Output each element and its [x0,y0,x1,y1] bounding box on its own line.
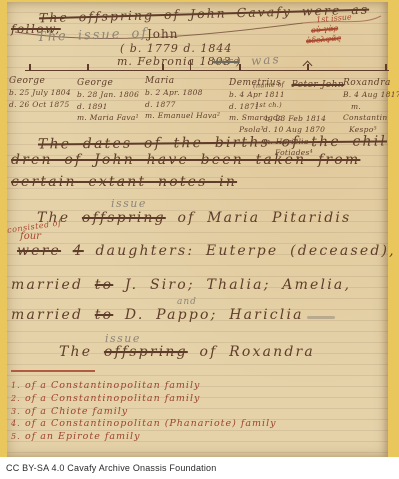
roxandra-sentence-pre: The [59,344,92,360]
footnote-number: 4. [11,419,25,428]
child-name: George [77,78,145,88]
married-line-1: married to J. Siro; Thalia; Amelia, [11,278,351,292]
child-detail: d. 10 Aug 1870 [263,125,349,134]
footnote-number: 2. [11,394,25,403]
tree-child-george2: George b. 28 Jan. 1806 d. 1891 m. Maria … [77,78,145,125]
footnote-1: 1.of a Constantinopolitan family [11,380,200,391]
tree-tick [87,64,89,71]
manuscript-scan: The offspring of John Cavafy were as fol… [0,0,399,479]
footnote-text: of a Constantinopolitan family [25,393,200,404]
roxandra-sentence-post: of Roxandra [199,344,315,360]
maria-sentence-post: of Maria Pitaridis [177,210,351,226]
tree-tick [385,64,387,71]
maria-sentence: The offspring of Maria Pitaridis [37,211,351,225]
tree-line [25,70,389,71]
tree-vertical-connector [190,60,191,70]
footnote-rule [11,370,95,372]
child-detail: b. 2 Apr. 1808 [145,88,225,97]
tree-child-george1: George b. 25 July 1804 d. 26 Oct 1875 [9,76,77,111]
footnote-number: 5. [11,432,25,441]
married-rest: D. Pappo; [125,307,218,323]
issue-name: John [147,28,179,40]
child-detail: b. 23 Feb 1814 [265,114,349,123]
footnote-text: of an Epirote family [25,431,140,442]
married-rest: J. Siro; Thalia; Amelia, [125,277,351,293]
was-word: was [251,53,281,67]
tree-tick [29,64,31,71]
roxandra-offspring-struck: offspring [104,344,188,360]
struck-paragraph-line2: dren of John have been taken from [11,153,360,167]
child-detail: b. 25 July 1804 [9,88,77,97]
footnote-4: 4.of a Constantinopolitan (Phanariote) f… [11,418,276,429]
tree-tick [239,64,241,71]
hariclia-word: Hariclia [229,307,303,323]
attribution-bar: CC BY-SA 4.0 Cavafy Archive Onassis Foun… [0,457,399,479]
roxandra-sentence: The offspring of Roxandra [59,345,315,359]
struck-scribble: were [213,58,240,67]
tree-tick [162,64,164,71]
child-note-post: 1st ch.) [255,101,282,109]
struck-paragraph-line3: certain extant notes in [11,175,237,189]
to-struck: to [95,277,113,293]
child-detail: d. 1877 [145,100,225,109]
child-detail: d. 1891 [77,102,145,111]
caret-mark [303,61,313,71]
footnote-text: of a Constantinopolitan family [25,380,200,391]
struck-paragraph-line1: The dates of the births of the chil [38,134,387,151]
child-detail: Kespo⁵ [349,125,391,134]
married-word: married [11,307,83,323]
footnote-number: 3. [11,407,25,416]
child-name: Peter John [292,80,345,90]
child-name: Maria [145,76,225,86]
daughters-line: were 4 daughters: Euterpe (deceased), [17,244,396,258]
child-detail: m. [351,102,391,111]
child-detail: B. 4 Aug 1817 [343,90,391,99]
child-name: Roxandra [343,78,391,88]
margin-note-four: four [20,232,41,242]
tree-child-maria: Maria b. 2 Apr. 1808 d. 1877 m. Emanuel … [145,76,225,123]
married-word: married [11,277,83,293]
issue-insert-1: issue [111,198,147,209]
footnote-number: 1. [11,381,25,390]
child-detail: b. 28 Jan. 1806 [77,90,145,99]
footnote-5: 5.of an Epirote family [11,431,140,442]
manuscript-paper: The offspring of John Cavafy were as fol… [7,2,388,457]
maria-offspring-struck: offspring [82,210,166,226]
child-note-pre: (name of [253,80,285,90]
child-name: George [9,76,77,86]
four-struck: 4 [73,243,84,259]
footnote-text: of a Constantinopolitan (Phanariote) fam… [25,418,276,429]
child-detail: Constantin [343,113,391,122]
to-struck: to [95,307,113,323]
footnote-text: of a Chiote family [25,406,128,417]
child-detail: m. Maria Fava¹ [77,113,145,122]
pencil-smudge [307,316,335,319]
married-line-2: married to D. Pappo; Hariclia [11,308,304,322]
issue-dates: ( b. 1779 d. 1844 [120,43,232,54]
issue-insert-2: issue [105,333,141,344]
and-insert: and [177,298,197,307]
child-detail: m. Emanuel Hava² [145,111,225,120]
tree-child-roxandra: Roxandra B. 4 Aug 1817 m. Constantin Kes… [343,78,391,136]
were-struck: were [17,243,61,259]
attribution-text: CC BY-SA 4.0 Cavafy Archive Onassis Foun… [6,463,216,473]
daughters-text: daughters: Euterpe (deceased), [95,243,395,259]
corner-note: 1st issue οὐ γὰρ ἀδελφᾶς [302,10,386,45]
child-detail: d. 26 Oct 1875 [9,100,77,109]
footnote-3: 3.of a Chiote family [11,406,128,417]
footnote-2: 2.of a Constantinopolitan family [11,393,200,404]
